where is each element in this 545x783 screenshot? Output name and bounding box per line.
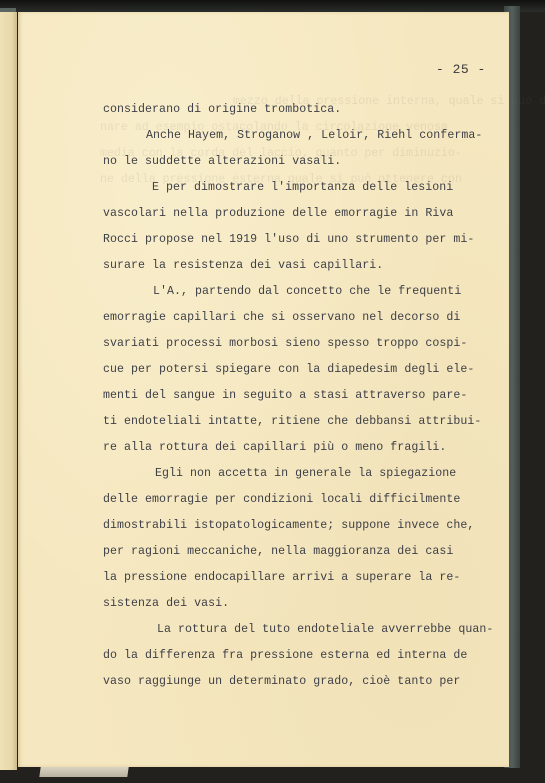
typewritten-page: mezzo della pressione interna, quale si … [18, 12, 509, 767]
text-line: do la differenza fra pressione esterna e… [103, 649, 467, 662]
text-line: Rocci propose nel 1919 l'uso di uno stru… [103, 233, 474, 246]
text-line: vascolari nella produzione delle emorrag… [103, 207, 453, 220]
text-line: Anche Hayem, Stroganow , Leloir, Riehl c… [146, 129, 482, 142]
text-line: re alla rottura dei capillari più o meno… [103, 441, 446, 454]
text-line: delle emorragie per condizioni locali di… [103, 493, 460, 506]
text-line: vaso raggiunge un determinato grado, cio… [103, 675, 460, 688]
text-line: La rottura del tuto endoteliale avverreb… [157, 623, 493, 636]
text-line: L'A., partendo dal concetto che le frequ… [153, 285, 461, 298]
book-cover-top-edge [0, 0, 545, 12]
text-line: Egli non accetta in generale la spiegazi… [155, 467, 456, 480]
text-line: sistenza dei vasi. [103, 597, 229, 610]
text-line: E per dimostrare l'importanza delle lesi… [152, 181, 453, 194]
previous-page-edge [0, 12, 17, 770]
text-line: considerano di origine trombotica. [103, 103, 341, 116]
text-line: menti del sangue in seguito a stasi attr… [103, 389, 467, 402]
text-line: ti endoteliali intatte, ritiene che debb… [103, 415, 481, 428]
text-line: svariati processi morbosi sieno spesso t… [103, 337, 467, 350]
text-line: cue per potersi spiegare con la diapedes… [103, 363, 474, 376]
text-line: emorragie capillari che si osservano nel… [103, 311, 460, 324]
paper-strip [39, 767, 128, 777]
page-number: - 25 - [436, 62, 486, 77]
text-line: no le suddette alterazioni vasali. [103, 155, 341, 168]
scanned-book-spread: mezzo della pressione interna, quale si … [0, 0, 545, 783]
text-line: la pressione endocapillare arrivi a supe… [103, 571, 460, 584]
text-line: dimostrabili istopatologicamente; suppon… [103, 519, 474, 532]
text-line: surare la resistenza dei vasi capillari. [103, 259, 383, 272]
text-line: per ragioni meccaniche, nella maggioranz… [103, 545, 453, 558]
